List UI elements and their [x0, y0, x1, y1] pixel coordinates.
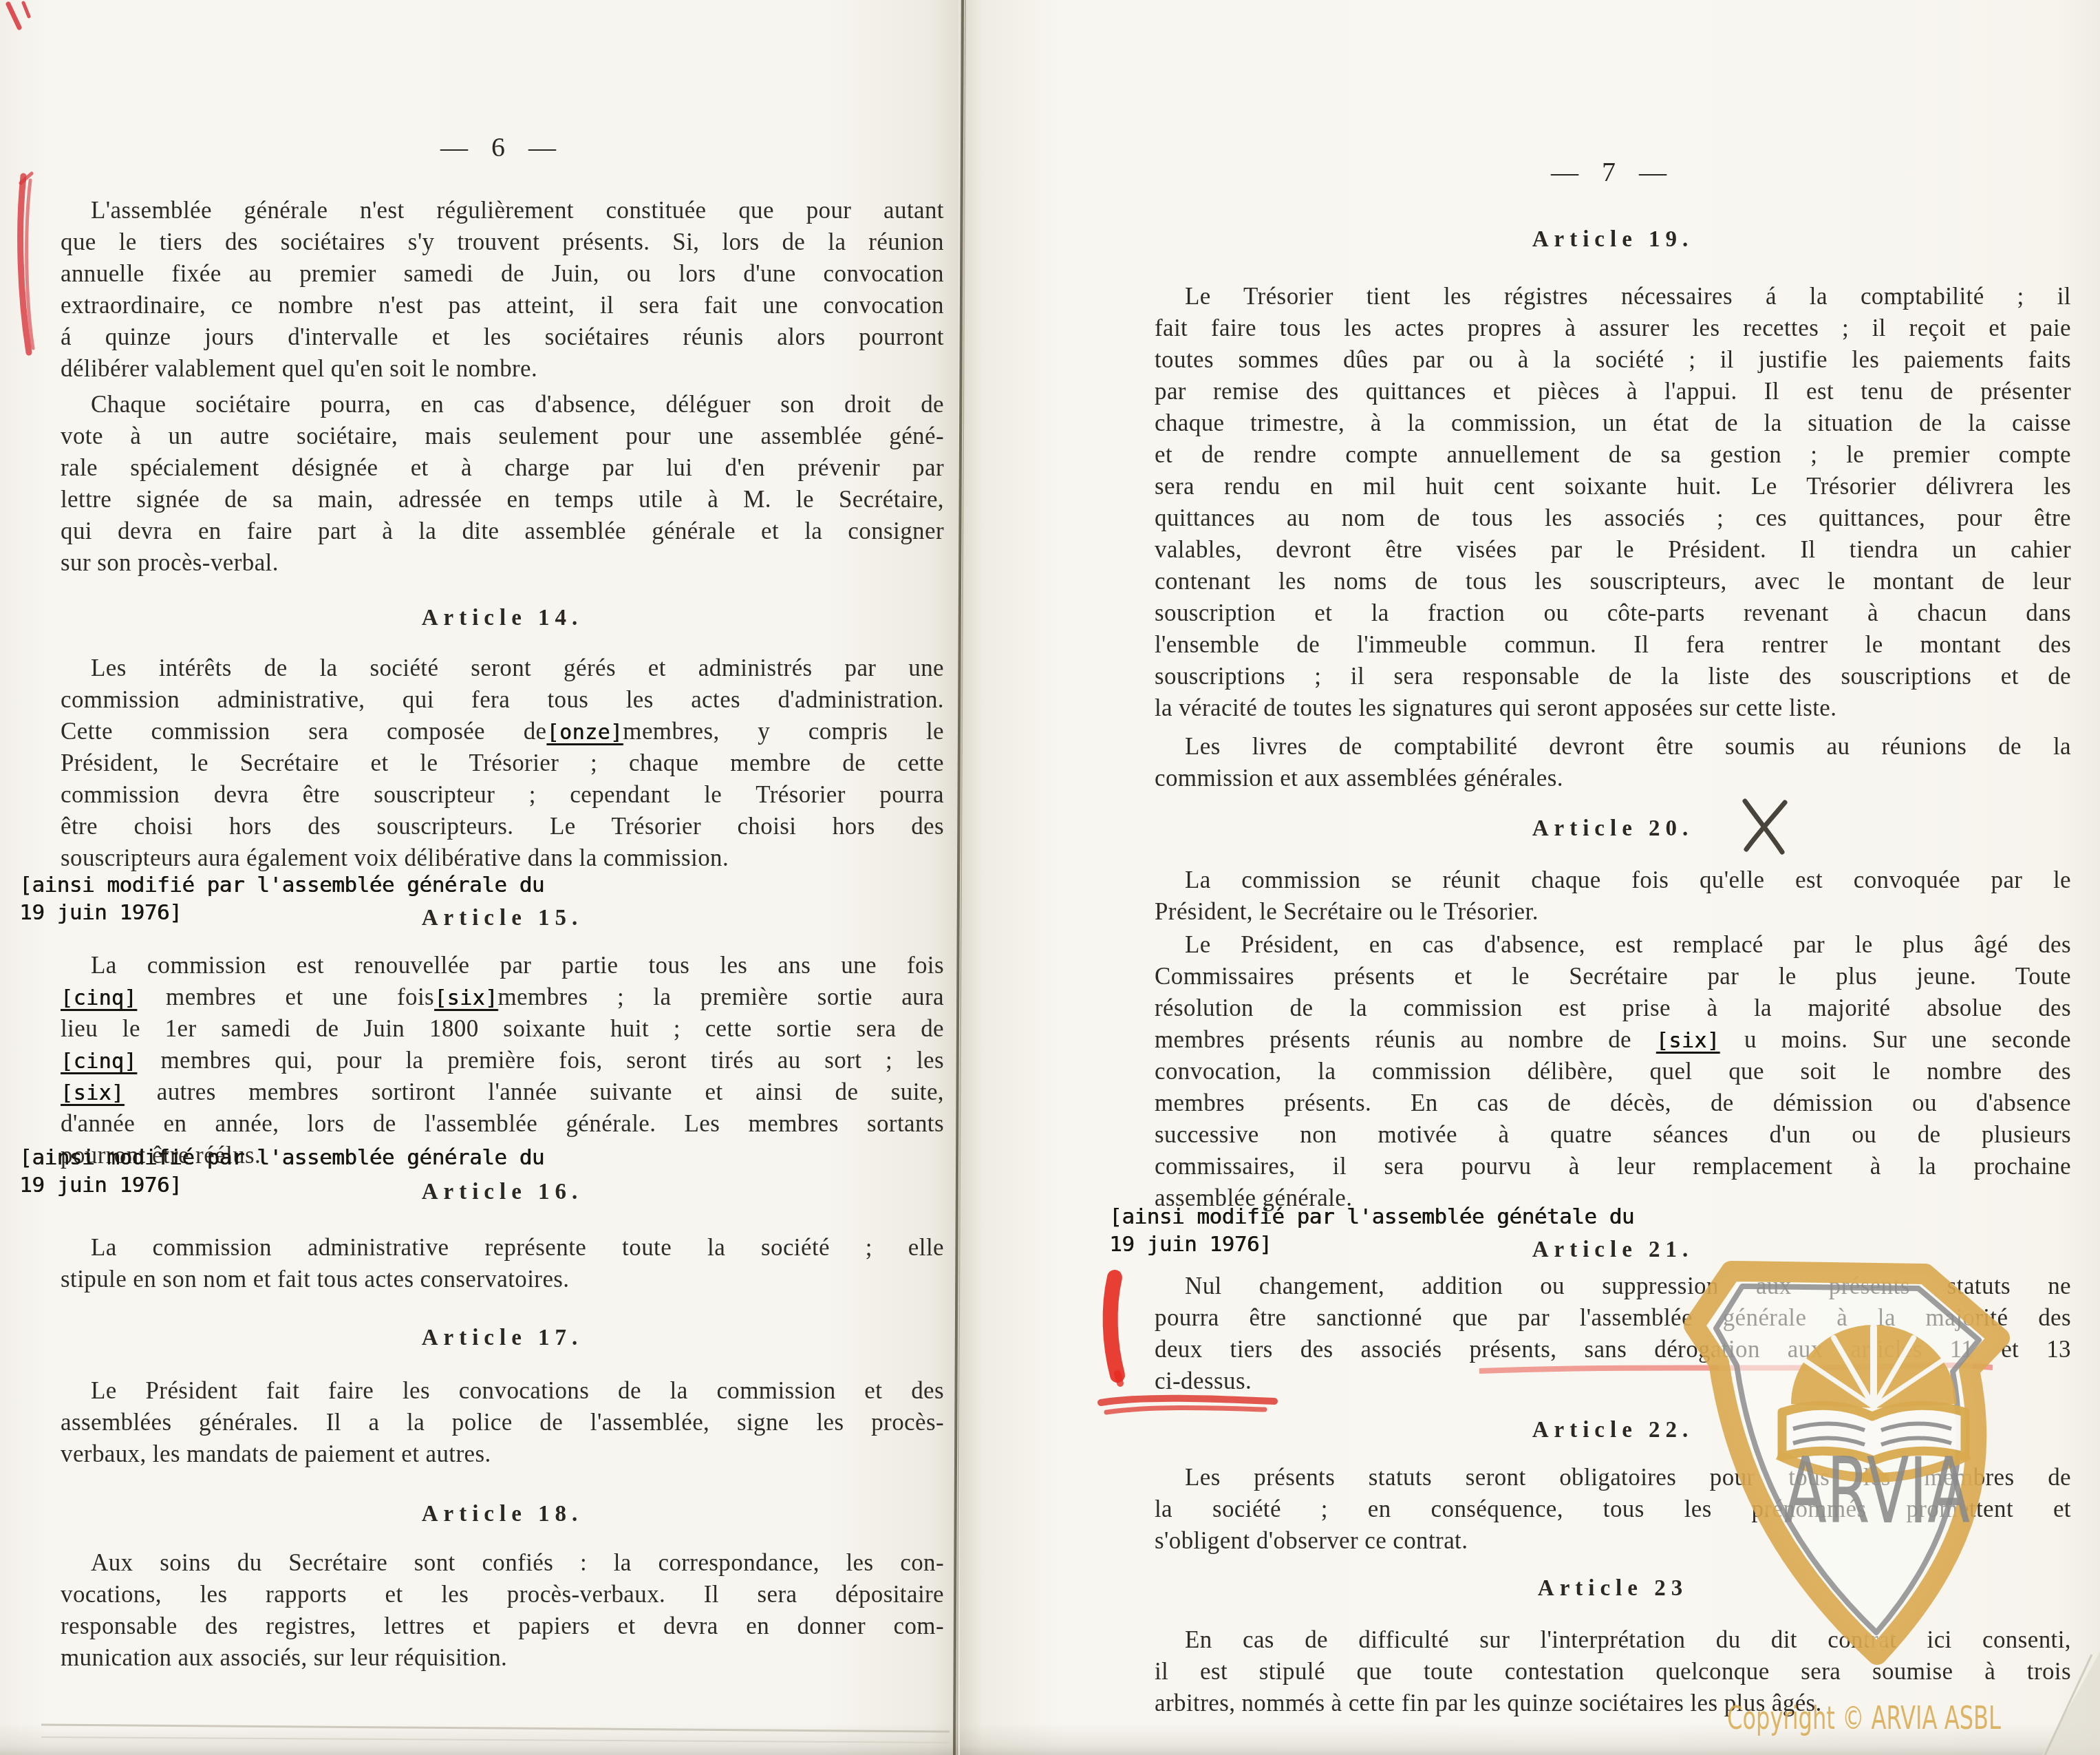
paragraph-assembly-constitution: L'assemblée générale n'est régulièrement…: [61, 195, 944, 385]
text-line: La commission se réunit chaque fois qu'e…: [1155, 864, 2071, 896]
text-line: munication aux associés, sur leur réquis…: [61, 1642, 944, 1674]
text-line: commission devra être souscripteur ; cep…: [61, 779, 944, 811]
text-line: convocation, la commission délibère, que…: [1155, 1056, 2071, 1087]
text-line: Président, le Secrétaire ou le Trésorier…: [1155, 896, 2071, 928]
text-line: extraordinaire, ce nombre n'est pas atte…: [61, 290, 944, 321]
text-line: [six] autres membres sortiront l'année s…: [61, 1076, 944, 1108]
text-line: Aux soins du Secrétaire sont confiés : l…: [61, 1547, 944, 1579]
article-23-heading: Article 23: [1155, 1576, 2071, 1602]
page-bottom-edge: [960, 1723, 2100, 1755]
text-line: Nul changement, addition ou suppression …: [1155, 1270, 2071, 1302]
text-line: [cinq] membres qui, pour la première foi…: [61, 1045, 944, 1076]
text-line: En cas de difficulté sur l'interprétatio…: [1155, 1624, 2071, 1656]
text-line: arbitres, nommés à cette fin par les qui…: [1155, 1688, 2071, 1719]
text-line: s'obligent d'observer ce contrat.: [1155, 1525, 2071, 1557]
amendment-note-1-line1: [ainsi modifié par l'assemblée générale …: [19, 871, 544, 899]
article-23-body: En cas de difficulté sur l'interprétatio…: [1155, 1624, 2071, 1719]
text-line: commission administrative, qui fera tous…: [61, 684, 944, 716]
printed-text: membres ; la première sortie aura: [497, 983, 944, 1010]
text-line: quittances au nom de tous les associés ;…: [1155, 502, 2071, 534]
text-line: La commission est renouvellée par partie…: [61, 950, 944, 981]
paragraph-vote-delegation: Chaque sociétaire pourra, en cas d'absen…: [61, 389, 944, 579]
text-line: assemblées générales. Il a la police de …: [61, 1407, 944, 1438]
typewritten-insert: [six]: [1656, 1029, 1719, 1053]
scanned-document: { "document": { "kind": "scanned booklet…: [0, 0, 2100, 1755]
text-line: ci-dessus.: [1155, 1365, 2071, 1397]
text-line: contenant les noms de tous les souscript…: [1155, 566, 2071, 597]
article-19-body: Le Trésorier tient les régistres nécessa…: [1155, 281, 2071, 724]
text-line: vote à un autre sociétaire, mais seuleme…: [61, 421, 944, 452]
article-16-heading: Article 16.: [61, 1180, 944, 1205]
text-line: á quinze jours d'intervalle et les socié…: [61, 321, 944, 353]
text-line: souscriptions ; il sera responsable de l…: [1155, 661, 2071, 692]
article-18-body: Aux soins du Secrétaire sont confiés : l…: [61, 1547, 944, 1674]
text-line: Le Trésorier tient les régistres nécessa…: [1155, 281, 2071, 312]
article-14-body: Les intérêts de la société seront gérés …: [61, 652, 944, 874]
article-19-heading: Article 19.: [1155, 227, 2071, 253]
article-15-body: La commission est renouvellée par partie…: [61, 950, 944, 1171]
text-line: Le Président, en cas d'absence, est remp…: [1155, 929, 2071, 961]
article-22-heading: Article 22.: [1155, 1418, 2071, 1443]
page-7-number: — 7 —: [1155, 156, 2071, 188]
text-line: deux tiers des associés présents, sans d…: [1155, 1334, 2071, 1365]
printed-text: u moins. Sur une seconde: [1719, 1026, 2071, 1053]
text-line: sur son procès-verbal.: [61, 547, 944, 579]
text-line: membres présents. En cas de décès, de dé…: [1155, 1087, 2071, 1119]
text-line: verbaux, les mandats de paiement et autr…: [61, 1438, 944, 1470]
article-16-body: La commission administrative représente …: [61, 1232, 944, 1295]
text-line: lieu le 1er samedi de Juin 1800 soixante…: [61, 1013, 944, 1045]
typewritten-insert: [onze]: [547, 721, 623, 745]
article-22-body: Les présents statuts seront obligatoires…: [1155, 1462, 2071, 1557]
typewritten-insert: [six]: [434, 986, 497, 1010]
text-line: [cinq] membres et une fois[six]membres ;…: [61, 981, 944, 1013]
printed-text: membres et une fois: [137, 983, 434, 1010]
text-line: souscripteurs aura également voix délibé…: [61, 842, 944, 874]
text-line: membres présents réunis au nombre de [si…: [1155, 1024, 2071, 1056]
text-line: Le Président fait faire les convocations…: [61, 1375, 944, 1407]
text-line: valables, devront être visées par le Pré…: [1155, 534, 2071, 566]
text-line: Chaque sociétaire pourra, en cas d'absen…: [61, 389, 944, 421]
text-line: la véracité de toutes les signatures qui…: [1155, 692, 2071, 724]
text-line: qui devra en faire part à la dite assemb…: [61, 515, 944, 547]
article-18-heading: Article 18.: [61, 1502, 944, 1527]
article-15-heading: Article 15.: [61, 906, 944, 931]
printed-text: membres, y compris le: [623, 718, 944, 745]
article-21-heading: Article 21.: [1155, 1237, 2071, 1263]
text-line: Commissaires présents et le Secrétaire p…: [1155, 961, 2071, 992]
article-20-body-2: Le Président, en cas d'absence, est remp…: [1155, 929, 2071, 1214]
text-line: il est stipulé que toute contestation qu…: [1155, 1656, 2071, 1688]
text-line: chaque trimestre, à la commission, un ét…: [1155, 407, 2071, 439]
text-line: résolution de la commission est prise à …: [1155, 992, 2071, 1024]
amendment-note-2-line1: [ainsi modifié par l'assemblée générale …: [19, 1144, 544, 1171]
text-line: L'assemblée générale n'est régulièrement…: [61, 195, 944, 226]
text-line: pourra être sanctionné que par l'assembl…: [1155, 1302, 2071, 1334]
text-line: Président, le Secrétaire et le Trésorier…: [61, 747, 944, 779]
text-line: annuelle fixée au premier samedi de Juin…: [61, 258, 944, 290]
page-bottom-edge: [0, 1723, 958, 1755]
printed-text: autres membres sortiront l'année suivant…: [124, 1078, 944, 1105]
article-17-body: Le Président fait faire les convocations…: [61, 1375, 944, 1470]
text-line: la société ; en conséquence, tous les pr…: [1155, 1493, 2071, 1525]
text-line: La commission administrative représente …: [61, 1232, 944, 1264]
text-line: successive non motivée à quatre séances …: [1155, 1119, 2071, 1151]
text-line: Cette commission sera composée de[onze]m…: [61, 716, 944, 747]
text-line: sera rendu en mil huit cent soixante hui…: [1155, 471, 2071, 502]
article-19-body-2: Les livres de comptabilité devront être …: [1155, 731, 2071, 794]
text-line: être choisi hors des souscripteurs. Le T…: [61, 811, 944, 842]
text-line: d'année en année, lors de l'assemblée gé…: [61, 1108, 944, 1140]
typewritten-insert: [cinq]: [61, 986, 137, 1010]
text-line: vocations, les rapports et les procès-ve…: [61, 1579, 944, 1610]
amendment-note-3-line1: [ainsi modifié par l'assemblée génétale …: [1109, 1203, 1634, 1231]
text-line: l'ensemble de l'immeuble commun. Il fera…: [1155, 629, 2071, 661]
text-line: fait faire tous les actes propres à assu…: [1155, 312, 2071, 344]
printed-text: membres présents réunis au nombre de: [1155, 1026, 1656, 1053]
article-21-body: Nul changement, addition ou suppression …: [1155, 1270, 2071, 1397]
text-line: par remise des quittances et pièces à l'…: [1155, 376, 2071, 407]
text-line: lettre signée de sa main, adressée en te…: [61, 484, 944, 515]
text-line: stipule en son nom et fait tous actes co…: [61, 1264, 944, 1295]
typewritten-insert: [six]: [61, 1081, 124, 1105]
text-line: responsable des registres, lettres et pa…: [61, 1610, 944, 1642]
text-line: Les présents statuts seront obligatoires…: [1155, 1462, 2071, 1493]
article-20-heading: Article 20.: [1155, 816, 2071, 842]
article-14-heading: Article 14.: [61, 606, 944, 631]
article-17-heading: Article 17.: [61, 1326, 944, 1351]
text-line: Les intérêts de la société seront gérés …: [61, 652, 944, 684]
text-line: rale spécialement désignée et à charge p…: [61, 452, 944, 484]
page-6-number: — 6 —: [61, 131, 944, 163]
text-line: Les livres de comptabilité devront être …: [1155, 731, 2071, 763]
text-line: commissaires, il sera pourvu à leur remp…: [1155, 1151, 2071, 1182]
text-line: toutes sommes dûes par ou à la société ;…: [1155, 344, 2071, 376]
text-line: commission et aux assemblées générales.: [1155, 763, 2071, 794]
typewritten-insert: [cinq]: [61, 1050, 137, 1074]
text-line: et de rendre compte annuellement de sa g…: [1155, 439, 2071, 471]
text-line: délibérer valablement quel qu'en soit le…: [61, 353, 944, 385]
article-20-body: La commission se réunit chaque fois qu'e…: [1155, 864, 2071, 928]
text-line: souscription et la fraction ou côte-part…: [1155, 597, 2071, 629]
printed-text: membres qui, pour la première fois, sero…: [137, 1047, 944, 1074]
printed-text: Cette commission sera composée de: [61, 718, 547, 745]
text-line: que le tiers des sociétaires s'y trouven…: [61, 226, 944, 258]
